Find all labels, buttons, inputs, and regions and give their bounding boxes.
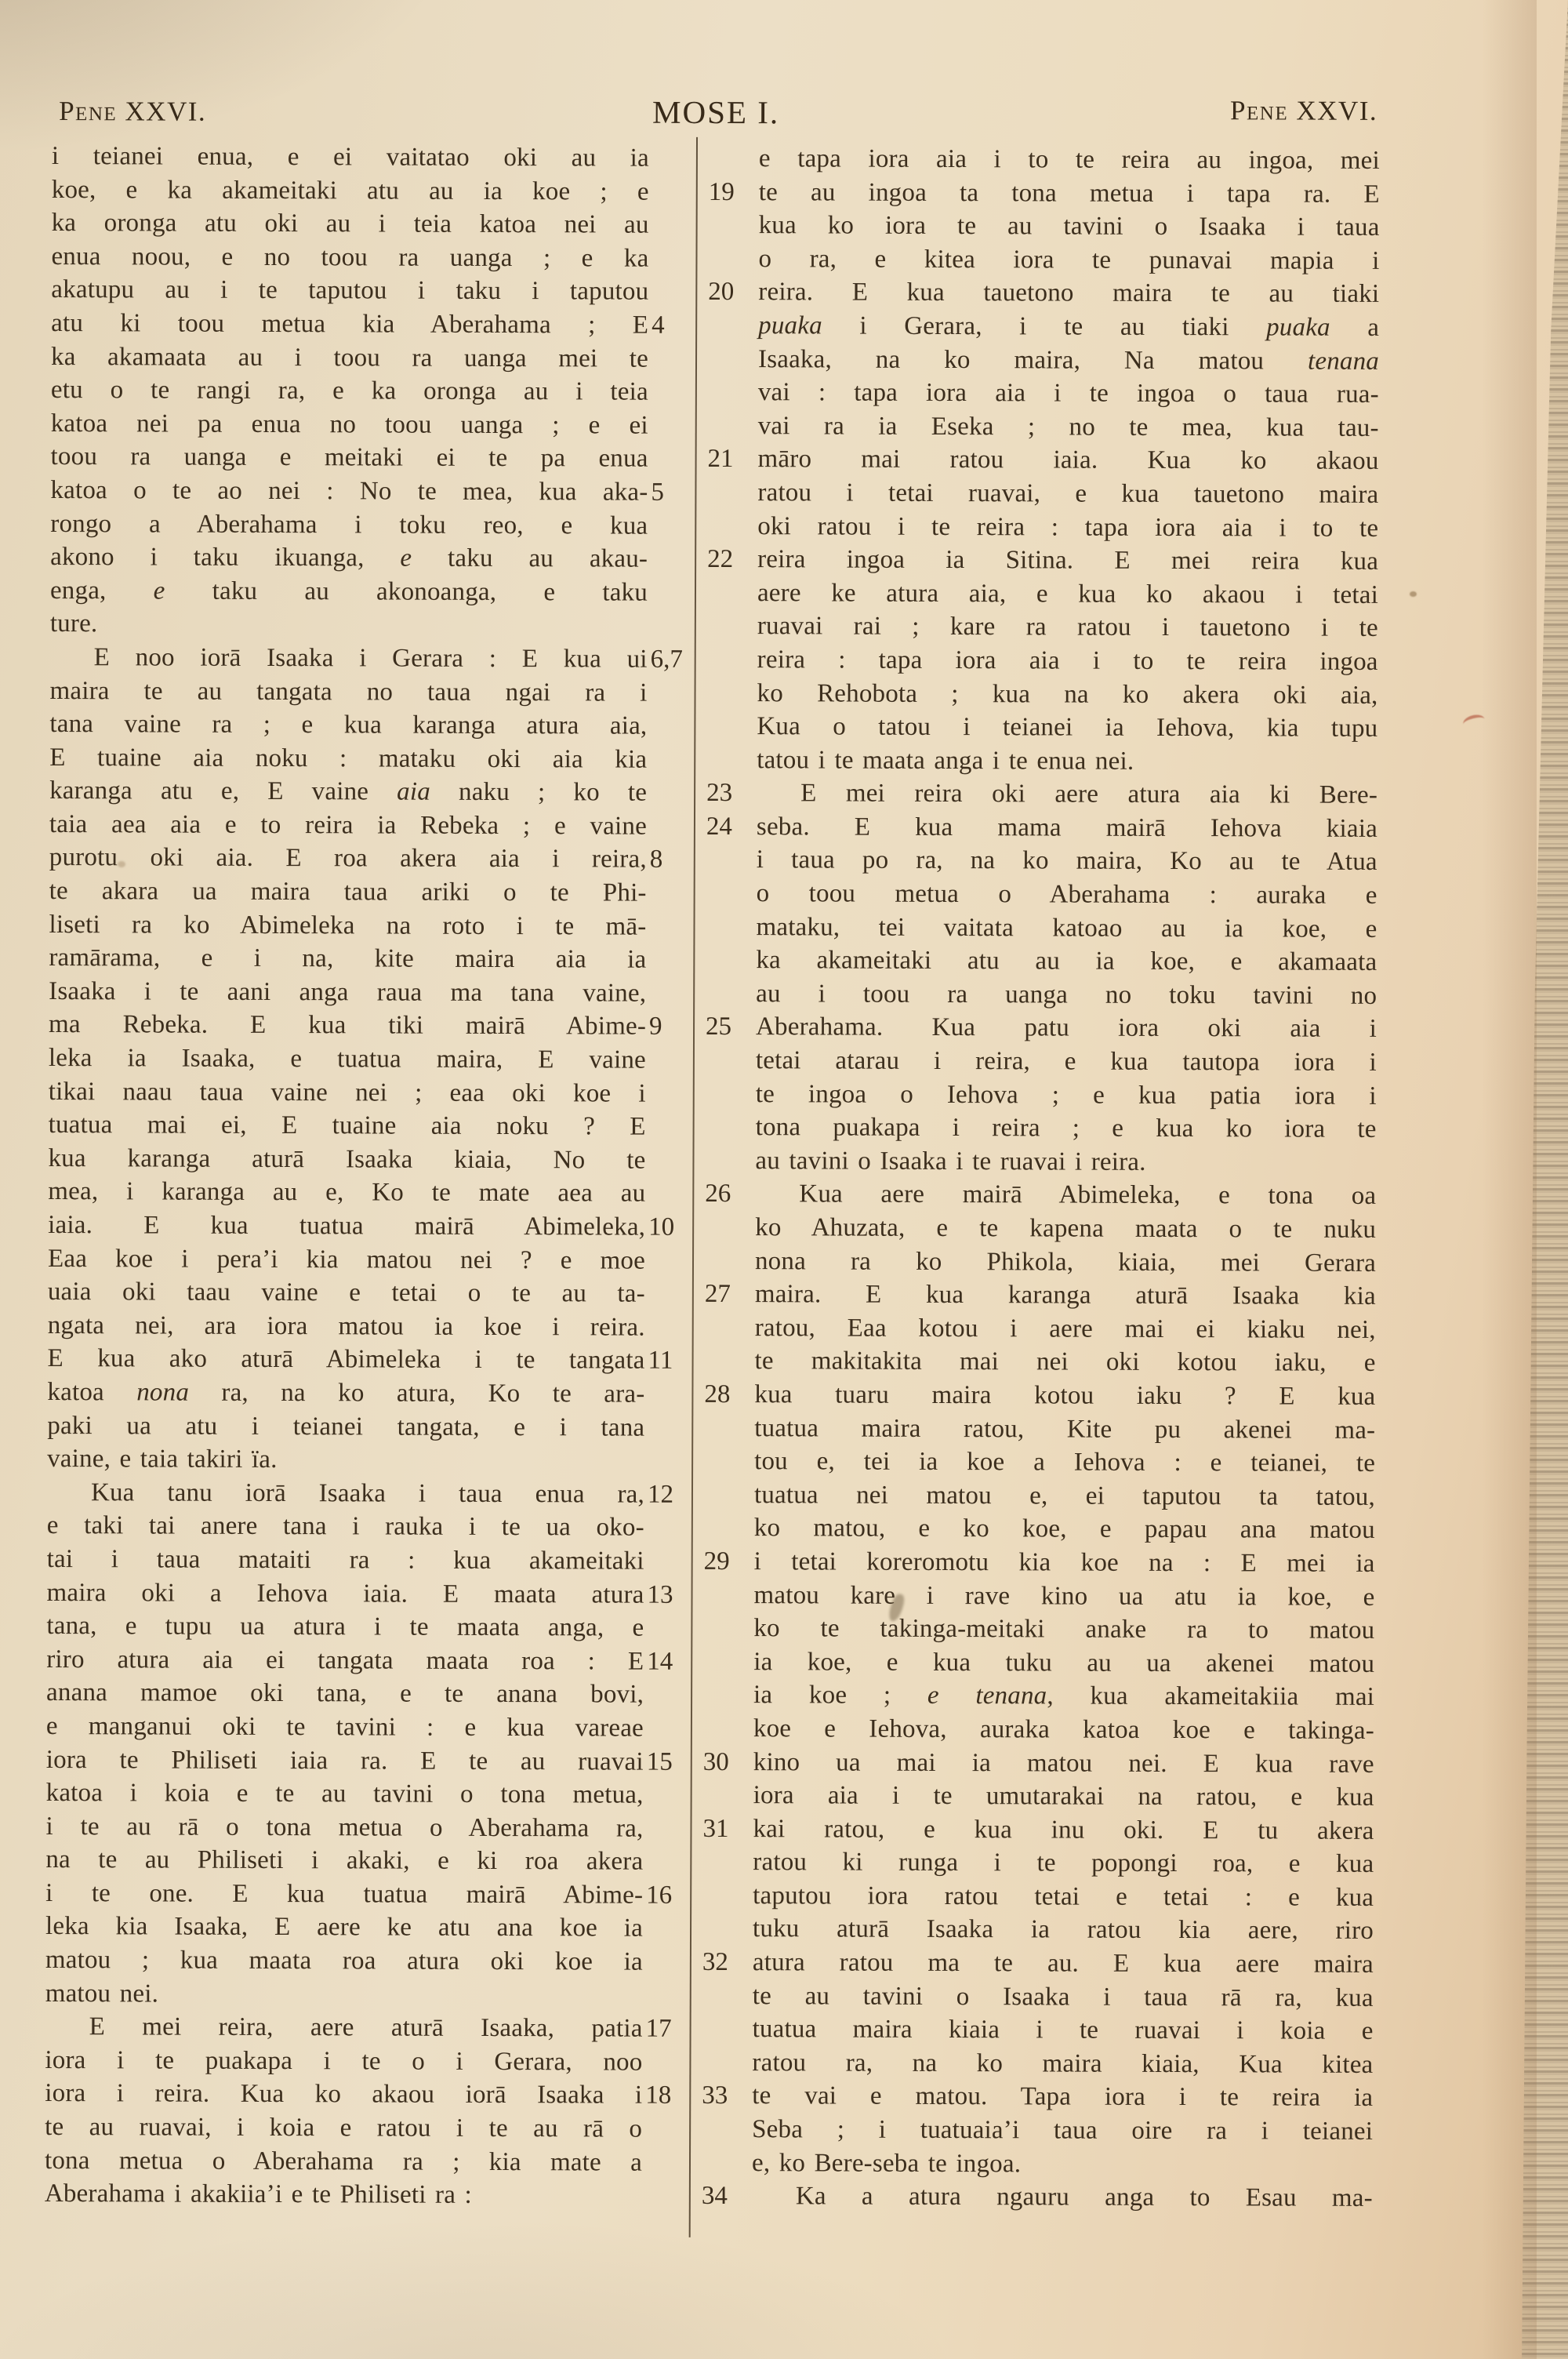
- text-line: maira oki a Iehova iaia. E maata atura13: [46, 1576, 644, 1612]
- text-line: iora i reira. Kua ko akaou iorā Isaaka i…: [45, 2077, 642, 2112]
- text-run: E mei reira oki aere atura aia ki Bere-: [800, 780, 1377, 810]
- text-line: māro mai ratou iaia. Kua ko akaou21: [758, 443, 1379, 478]
- text-run: atu ki toou metua kia Aberahama ; E: [51, 309, 648, 340]
- text-line: liseti ra ko Abimeleka na roto i te mā-: [49, 908, 646, 943]
- text-run: uaia oki taau vaine e tetai o te au ta-: [48, 1278, 645, 1308]
- text-line: Eaa koe i pera’i kia matou nei ? e moe: [48, 1242, 645, 1278]
- verse-number: 9: [649, 1010, 693, 1044]
- text-line: i te au rā o tona metua o Aberahama ra,: [45, 1810, 643, 1845]
- text-run: te akara ua maira taua ariki o te Phi-: [49, 877, 647, 907]
- verse-number: 30: [703, 1745, 750, 1779]
- text-run: koe, e ka akameitaki atu au ia koe ; e: [52, 176, 649, 206]
- text-line: kai ratou, e kua inu oki. E tu akera31: [753, 1812, 1374, 1848]
- text-run: E kua ako aturā Abimeleka i te tangata: [48, 1344, 645, 1375]
- text-run: etu o te rangi ra, e ka oronga au i teia: [51, 376, 648, 406]
- verse-number: 23: [706, 776, 753, 810]
- text-line: mataku, tei vaitata katoao au ia koe, e: [756, 911, 1377, 946]
- text-run: na te au Philiseti i akaki, e ki roa ake…: [45, 1845, 643, 1876]
- text-run: E tuaine aia noku : mataku oki aia kia: [49, 743, 647, 774]
- text-line: matou ; kua maata roa atura oki koe ia: [45, 1943, 643, 1979]
- text-line: Seba ; i tuatuaia’i taua oire ra i teian…: [752, 2113, 1373, 2148]
- text-line: iora te Philiseti iaia ra. E te au ruava…: [46, 1743, 644, 1779]
- text-run: mea, i karanga au e, Ko te mate aea au: [48, 1177, 645, 1208]
- verse-number: 16: [646, 1879, 690, 1913]
- text-line: Aberahama i akakiia’i e te Philiseti ra …: [45, 2177, 642, 2212]
- text-run: kino ua mai ia matou nei. E kua rave: [753, 1748, 1374, 1779]
- text-run: akatupu au i te taputou i taku i taputou: [51, 275, 648, 306]
- text-line: seba. E kua mama mairā Iehova kiaia24: [757, 810, 1377, 845]
- text-run: Isaaka, na ko maira, Na matou: [758, 345, 1308, 375]
- text-line: uaia oki taau vaine e tetai o te au ta-: [48, 1275, 645, 1310]
- text-line: o ra, e kitea iora te punavai mapia i: [758, 242, 1379, 278]
- verse-number: 22: [707, 543, 754, 576]
- text-line: atu ki toou metua kia Aberahama ; E4: [51, 307, 648, 342]
- text-line: tuatua maira ratou, Kite pu akenei ma-: [754, 1412, 1375, 1447]
- text-run: taia aea aia e to reira ia Rebeka ; e va…: [49, 810, 647, 841]
- text-line: ko Ahuzata, e te kapena maata o te nuku: [755, 1211, 1376, 1246]
- text-line: ratou ki runga i te popongi roa, e kua: [753, 1845, 1374, 1881]
- text-run: Eaa koe i pera’i kia matou nei ? e moe: [48, 1245, 645, 1275]
- text-line: i taua po ra, na ko maira, Ko au te Atua: [757, 844, 1377, 879]
- text-run: Aberahama i akakiia’i e te Philiseti ra …: [45, 2179, 472, 2209]
- text-run: E noo iorā Isaaka i Gerara : E kua ui: [94, 643, 648, 673]
- text-line: ka akamaata au i toou ra uanga mei te: [51, 340, 648, 376]
- text-line: tana, e tupu ua atura i te maata anga, e: [46, 1609, 644, 1645]
- verse-number: 5: [651, 476, 695, 510]
- text-line: oki ratou i te reira : tapa iora aia i t…: [757, 510, 1378, 545]
- text-line: ngata nei, ara iora matou ia koe i reira…: [48, 1309, 645, 1344]
- text-run: au tavini o Isaaka i te ruavai i reira.: [755, 1147, 1145, 1176]
- text-line: koe, e ka akameitaki atu au ia koe ; e: [52, 173, 649, 209]
- text-run: taku au akau-: [412, 544, 648, 573]
- text-line: tuatua mai ei, E tuaine aia noku ? E: [49, 1108, 646, 1143]
- verse-number: 25: [706, 1010, 753, 1044]
- text-run: ko matou, e ko koe, e papau ana matou: [754, 1514, 1375, 1545]
- text-run: i te au rā o tona metua o Aberahama ra,: [45, 1812, 643, 1843]
- text-line: ko te takinga-meitaki anake ra to matou: [753, 1612, 1374, 1647]
- text-run: leka kia Isaaka, E aere ke atu ana koe i…: [45, 1912, 643, 1943]
- text-run: e, ko Bere-seba te ingoa.: [752, 2149, 1021, 2178]
- text-line: akono i taku ikuanga, e taku au akau-: [50, 540, 648, 576]
- text-line: vai ra ia Eseka ; no te mea, kua tau-: [758, 409, 1379, 445]
- text-run: purotu oki aia. E roa akera aia i reira,: [49, 843, 647, 874]
- text-line: matou kare i rave kino ua atu ia koe, e: [753, 1579, 1374, 1614]
- verse-number: 31: [702, 1812, 750, 1846]
- text-line: katoa nona ra, na ko atura, Ko te ara-: [47, 1376, 644, 1411]
- text-run: ko Ahuzata, e te kapena maata o te nuku: [755, 1213, 1376, 1244]
- text-run: e manganui oki te tavini : e kua vareae: [46, 1712, 644, 1743]
- text-line: maira te au tangata no taua ngai ra i: [49, 674, 647, 710]
- text-run: kua tuaru maira kotou iaku ? E kua: [754, 1380, 1375, 1411]
- text-run: atura ratou ma te au. E kua aere maira: [753, 1948, 1374, 1979]
- text-line: ramārama, e i na, kite maira aia ia: [49, 941, 646, 976]
- text-run: katoa o te ao nei : No te mea, kua aka-: [50, 476, 648, 507]
- text-run: oki ratou i te reira : tapa iora aia i t…: [757, 512, 1378, 543]
- text-line: na te au Philiseti i akaki, e ki roa ake…: [45, 1843, 643, 1878]
- text-block: Pene XXVI. MOSE I. Pene XXVI. i teianei …: [0, 0, 1568, 2359]
- text-line: ko Rehobota ; kua na ko akera oki aia,: [757, 677, 1377, 712]
- text-line: e taki tai anere tana i rauka i te ua ok…: [47, 1509, 644, 1544]
- text-line: e, ko Bere-seba te ingoa.: [752, 2146, 1373, 2182]
- text-run: a: [1330, 314, 1380, 342]
- text-line: te makitakita mai nei oki kotou iaku, e: [755, 1345, 1376, 1380]
- italic-text: e: [154, 576, 165, 605]
- text-line: e manganui oki te tavini : e kua vareae: [46, 1710, 644, 1745]
- text-run: ratou, Eaa kotou i aere mai ei kiaku nei…: [755, 1314, 1376, 1344]
- text-run: naku ; ko te: [430, 778, 647, 807]
- text-run: vaine, e taia takiri ïa.: [47, 1445, 278, 1474]
- text-run: mataku, tei vaitata katoao au ia koe, e: [756, 913, 1377, 943]
- chapter-header-right: Pene XXVI.: [1230, 95, 1377, 127]
- text-run: tuku aturā Isaaka ia ratou kia aere, rir…: [753, 1915, 1374, 1946]
- text-line: E mei reira oki aere atura aia ki Bere-2…: [757, 776, 1377, 812]
- text-line: Kua o tatou i teianei ia Iehova, kia tup…: [757, 710, 1377, 745]
- text-line: i tetai koreromotu kia koe na : E mei ia…: [754, 1545, 1375, 1580]
- text-run: paki ua atu i teianei tangata, e i tana: [47, 1412, 644, 1442]
- text-line: reira. E kua tauetono maira te au tiaki2…: [758, 276, 1379, 311]
- text-line: iora i te puakapa i te o i Gerara, noo: [45, 2044, 642, 2079]
- text-line: E tuaine aia noku : mataku oki aia kia: [49, 741, 647, 776]
- book-page: Pene XXVI. MOSE I. Pene XXVI. i teianei …: [0, 0, 1568, 2359]
- verse-number: 28: [704, 1378, 751, 1412]
- text-line: aere ke atura aia, e kua ko akaou i teta…: [757, 576, 1378, 612]
- verse-number: 10: [648, 1211, 692, 1245]
- verse-number: 17: [646, 2012, 690, 2046]
- text-run: kua karanga aturā Isaaka kiaia, No te: [48, 1144, 645, 1175]
- text-line: Aberahama. Kua patu iora oki aia i25: [756, 1011, 1377, 1046]
- text-run: ko te takinga-meitaki anake ra to matou: [753, 1614, 1374, 1645]
- text-line: tuatua maira kiaia i te ruavai i koia e: [753, 2012, 1374, 2048]
- text-line: kua tuaru maira kotou iaku ? E kua28: [754, 1378, 1375, 1413]
- text-line: katoa nei pa enua no toou uanga ; e ei: [51, 407, 648, 442]
- text-run: o toou metua o Aberahama : auraka e: [757, 879, 1377, 910]
- text-run: enua noou, e no toou ra uanga ; e ka: [51, 242, 648, 273]
- text-line: katoa o te ao nei : No te mea, kua aka-5: [50, 474, 648, 509]
- text-run: ngata nei, ara iora matou ia koe i reira…: [48, 1311, 645, 1342]
- text-run: ra, na ko atura, Ko te ara-: [189, 1379, 644, 1408]
- text-line: E kua ako aturā Abimeleka i te tangata11: [48, 1342, 645, 1377]
- text-run: tikai naau taua vaine nei ; eaa oki koe …: [49, 1078, 646, 1108]
- text-line: Kua aere mairā Abimeleka, e tona oa26: [755, 1178, 1376, 1213]
- text-line: leka ia Isaaka, e tuatua maira, E vaine: [49, 1041, 646, 1077]
- text-run: , kua akameitakiia mai: [1047, 1682, 1374, 1711]
- verse-number: 12: [648, 1478, 691, 1511]
- text-line: paki ua atu i teianei tangata, e i tana: [47, 1409, 644, 1445]
- text-run: tetai atarau i reira, e kua tautopa iora…: [756, 1046, 1377, 1077]
- text-run: Seba ; i tuatuaia’i taua oire ra i teian…: [752, 2115, 1373, 2146]
- text-run: Aberahama. Kua patu iora oki aia i: [756, 1013, 1377, 1044]
- text-run: iaia. E kua tuatua mairā Abimeleka,: [48, 1211, 645, 1241]
- text-line: ratou, Eaa kotou i aere mai ei kiaku nei…: [755, 1311, 1376, 1347]
- text-run: maira oki a Iehova iaia. E maata atura: [46, 1579, 644, 1609]
- text-run: iora aia i te umutarakai na ratou, e kua: [753, 1781, 1374, 1812]
- text-run: enga,: [50, 576, 154, 605]
- text-run: te au ingoa ta tona metua i tapa ra. E: [759, 178, 1380, 209]
- text-run: ko Rehobota ; kua na ko akera oki aia,: [757, 679, 1377, 710]
- text-line: tuatua nei matou e, ei taputou ta tatou,: [754, 1478, 1375, 1514]
- verse-number: 24: [706, 810, 753, 844]
- text-run: tai i taua mataiti ra : kua akameitaki: [47, 1545, 644, 1576]
- text-line: te au tavini o Isaaka i taua rā ra, kua: [753, 1979, 1374, 2015]
- text-run: o ra, e kitea iora te punavai mapia i: [758, 245, 1379, 275]
- text-line: ka oronga atu oki au i teia katoa nei au: [52, 206, 649, 242]
- text-line: tuku aturā Isaaka ia ratou kia aere, rir…: [753, 1913, 1374, 1948]
- text-run: tona puakapa i reira ; e kua ko iora te: [756, 1113, 1377, 1143]
- text-run: te makitakita mai nei oki kotou iaku, e: [755, 1347, 1376, 1378]
- text-run: i taua po ra, na ko maira, Ko au te Atua: [757, 846, 1377, 877]
- text-run: maira. E kua karanga aturā Isaaka kia: [755, 1280, 1376, 1310]
- text-line: ko matou, e ko koe, e papau ana matou: [754, 1512, 1375, 1547]
- text-run: e taki tai anere tana i rauka i te ua ok…: [47, 1511, 644, 1542]
- text-run: ia koe ;: [753, 1681, 927, 1710]
- italic-text: puaka: [1266, 313, 1330, 341]
- text-line: Kua tanu iorā Isaaka i taua enua ra,12: [47, 1476, 644, 1511]
- verse-number: 8: [650, 843, 694, 877]
- text-run: i te one. E kua tuatua mairā Abime-: [45, 1879, 643, 1910]
- verse-number: 29: [704, 1545, 751, 1579]
- text-run: leka ia Isaaka, e tuatua maira, E vaine: [49, 1044, 646, 1074]
- text-line: au tavini o Isaaka i te ruavai i reira.: [755, 1144, 1376, 1179]
- text-line: taputou iora ratou tetai e tetai : e kua: [753, 1879, 1374, 1914]
- text-line: tana vaine ra ; e kua karanga atura aia,: [49, 707, 647, 743]
- text-line: rongo a Aberahama i toku reo, e kua: [50, 507, 648, 543]
- text-line: mea, i karanga au e, Ko te mate aea au: [48, 1175, 645, 1210]
- book-title-header: MOSE I.: [52, 91, 1380, 133]
- text-run: i tetai koreromotu kia koe na : E mei ia: [754, 1547, 1375, 1578]
- text-line: i teianei enua, e ei vaitatao oki au ia: [52, 140, 649, 175]
- text-run: nona ra ko Phikola, kiaia, mei Gerara: [755, 1247, 1376, 1278]
- verse-number: 21: [708, 442, 755, 476]
- left-column: i teianei enua, e ei vaitatao oki au iak…: [45, 140, 649, 2212]
- text-run: te au ruavai, i koia e ratou i te au rā …: [45, 2113, 642, 2143]
- verse-number: 11: [648, 1344, 692, 1378]
- text-run: e tapa iora aia i to te reira au ingoa, …: [759, 144, 1380, 175]
- text-run: rongo a Aberahama i toku reo, e kua: [50, 510, 648, 540]
- text-line: iora aia i te umutarakai na ratou, e kua: [753, 1779, 1374, 1814]
- text-line: te akara ua maira taua ariki o te Phi-: [49, 874, 647, 910]
- text-line: au i toou ra uanga no toku tavini no: [756, 977, 1377, 1012]
- text-run: tuatua nei matou e, ei taputou ta tatou,: [754, 1481, 1375, 1511]
- text-run: toou ra uanga e meitaki ei te pa enua: [51, 442, 648, 473]
- text-line: ruavai rai ; kare ra ratou i tauetono i …: [757, 609, 1378, 645]
- text-line: purotu oki aia. E roa akera aia i reira,…: [49, 841, 647, 876]
- text-line: etu o te rangi ra, e ka oronga au i teia: [51, 373, 648, 409]
- verse-number: 6,7: [651, 643, 695, 677]
- text-run: māro mai ratou iaia. Kua ko akaou: [758, 445, 1379, 476]
- text-run: taku au akonoanga, e taku: [165, 576, 648, 606]
- text-line: riro atura aia ei tangata maata roa : E1…: [46, 1643, 644, 1678]
- text-run: ma Rebeka. E kua tiki mairā Abime-: [49, 1010, 646, 1041]
- text-run: reira : tapa iora aia i to te reira ingo…: [757, 645, 1378, 676]
- text-line: e tapa iora aia i to te reira au ingoa, …: [759, 142, 1380, 177]
- text-line: vai : tapa iora aia i te ingoa o taua ru…: [758, 376, 1379, 411]
- text-run: Kua aere mairā Abimeleka, e tona oa: [799, 1180, 1376, 1211]
- text-line: kua karanga aturā Isaaka kiaia, No te: [48, 1142, 645, 1177]
- text-run: ratou ki runga i te popongi roa, e kua: [753, 1848, 1374, 1878]
- text-run: riro atura aia ei tangata maata roa : E: [46, 1645, 644, 1676]
- text-run: karanga atu e, E vaine: [49, 776, 397, 806]
- text-run: liseti ra ko Abimeleka na roto i te mā-: [49, 911, 646, 941]
- text-line: puaka i Gerara, i te au tiaki puaka a: [758, 309, 1379, 344]
- text-line: ratou i tetai ruavai, e kua tauetono mai…: [757, 476, 1378, 511]
- text-run: ture.: [50, 609, 98, 638]
- text-line: enga, e taku au akonoanga, e taku: [50, 574, 648, 609]
- verse-number: 34: [702, 2179, 749, 2213]
- italic-text: aia: [397, 778, 430, 806]
- text-run: tatou i te maata anga i te enua nei.: [757, 746, 1134, 776]
- text-run: ratou ra, na ko maira kiaia, Kua kitea: [752, 2048, 1373, 2079]
- text-run: taputou iora ratou tetai e tetai : e kua: [753, 1881, 1374, 1912]
- text-run: kai ratou, e kua inu oki. E tu akera: [753, 1815, 1374, 1845]
- text-line: te au ingoa ta tona metua i tapa ra. E19: [759, 176, 1380, 211]
- italic-text: e: [400, 544, 412, 572]
- text-run: te ingoa o Iehova ; e kua patia iora i: [756, 1080, 1377, 1110]
- text-run: ramārama, e i na, kite maira aia ia: [49, 943, 646, 974]
- text-run: vai : tapa iora aia i te ingoa o taua ru…: [758, 378, 1379, 409]
- text-line: te au ruavai, i koia e ratou i te au rā …: [45, 2110, 642, 2146]
- text-line: tai i taua mataiti ra : kua akameitaki: [47, 1543, 644, 1578]
- text-run: tuatua maira kiaia i te ruavai i koia e: [753, 2015, 1374, 2045]
- text-line: tou e, tei ia koe a Iehova : e teianei, …: [754, 1445, 1375, 1480]
- text-line: katoa i koia e te au tavini o tona metua…: [46, 1776, 644, 1812]
- text-line: Isaaka i te aani anga raua ma tana vaine…: [49, 975, 646, 1010]
- verse-number: 15: [647, 1745, 691, 1779]
- text-run: ka akameitaki atu au ia koe, e akamaata: [756, 946, 1377, 976]
- text-run: vai ra ia Eseka ; no te mea, kua tau-: [758, 412, 1379, 442]
- text-run: reira. E kua tauetono maira te au tiaki: [758, 278, 1379, 309]
- text-run: tuatua mai ei, E tuaine aia noku ? E: [49, 1110, 646, 1141]
- text-run: matou kare i rave kino ua atu ia koe, e: [753, 1581, 1374, 1612]
- running-header: Pene XXVI. MOSE I. Pene XXVI.: [52, 91, 1380, 138]
- text-run: iora i te puakapa i te o i Gerara, noo: [45, 2046, 642, 2077]
- text-run: ruavai rai ; kare ra ratou i tauetono i …: [757, 612, 1378, 642]
- text-run: Ka a atura ngauru anga to Esau ma-: [796, 2183, 1373, 2213]
- text-run: koe e Iehova, auraka katoa koe e takinga…: [753, 1714, 1374, 1745]
- text-run: katoa i koia e te au tavini o tona metua…: [46, 1779, 644, 1809]
- text-line: tetai atarau i reira, e kua tautopa iora…: [756, 1044, 1377, 1079]
- verse-number: 19: [709, 176, 756, 209]
- verse-number: 14: [647, 1645, 691, 1678]
- text-line: E mei reira, aere aturā Isaaka, patia17: [45, 2010, 643, 2045]
- text-run: tona metua o Aberahama ra ; kia mate a: [45, 2146, 642, 2177]
- text-line: Isaaka, na ko maira, Na matou tenana: [758, 343, 1379, 378]
- text-line: ture.: [50, 607, 648, 642]
- text-line: ia koe ; e tenana, kua akameitakiia mai: [753, 1678, 1374, 1714]
- text-run: Kua tanu iorā Isaaka i taua enua ra,: [91, 1478, 644, 1508]
- text-run: Isaaka i te aani anga raua ma tana vaine…: [49, 977, 646, 1008]
- text-line: maira. E kua karanga aturā Isaaka kia27: [755, 1278, 1376, 1313]
- text-line: tatou i te maata anga i te enua nei.: [757, 743, 1377, 779]
- text-line: iaia. E kua tuatua mairā Abimeleka,10: [48, 1209, 645, 1244]
- italic-text: puaka: [758, 311, 822, 340]
- text-run: seba. E kua mama mairā Iehova kiaia: [757, 812, 1377, 843]
- italic-text: e tenana: [927, 1681, 1047, 1710]
- text-line: enua noou, e no toou ra uanga ; e ka: [51, 240, 648, 275]
- text-line: atura ratou ma te au. E kua aere maira32: [753, 1946, 1374, 1981]
- text-line: nona ra ko Phikola, kiaia, mei Gerara: [755, 1245, 1376, 1280]
- text-line: taia aea aia e to reira ia Rebeka ; e va…: [49, 808, 647, 843]
- text-run: maira te au tangata no taua ngai ra i: [49, 677, 647, 707]
- text-run: te au tavini o Isaaka i taua rā ra, kua: [753, 1982, 1374, 2012]
- text-run: anana mamoe oki tana, e te anana bovi,: [46, 1678, 644, 1709]
- text-line: vaine, e taia takiri ïa.: [47, 1442, 644, 1478]
- text-run: akono i taku ikuanga,: [50, 543, 400, 572]
- text-run: i teianei enua, e ei vaitatao oki au ia: [52, 142, 649, 173]
- verse-number: 33: [702, 2079, 749, 2113]
- text-run: ratou i tetai ruavai, e kua tauetono mai…: [757, 478, 1378, 509]
- text-line: Ka a atura ngauru anga to Esau ma-34: [752, 2179, 1373, 2215]
- text-run: matou nei.: [45, 1979, 158, 2008]
- verse-number: 27: [705, 1278, 752, 1311]
- text-line: leka kia Isaaka, E aere ke atu ana koe i…: [45, 1910, 643, 1945]
- text-run: tuatua maira ratou, Kite pu akenei ma-: [754, 1414, 1375, 1445]
- text-run: au i toou ra uanga no toku tavini no: [756, 980, 1377, 1010]
- text-line: i te one. E kua tuatua mairā Abime-16: [45, 1877, 643, 1912]
- text-run: kua ko iora te au tavini o Isaaka i taua: [759, 211, 1380, 242]
- column-divider-rule: [689, 137, 698, 2237]
- text-run: reira ingoa ia Sitina. E mei reira kua: [757, 545, 1378, 576]
- verse-number: 13: [647, 1578, 691, 1612]
- text-run: tana vaine ra ; e kua karanga atura aia,: [49, 710, 647, 740]
- text-run: ka akamaata au i toou ra uanga mei te: [51, 343, 648, 373]
- italic-text: nona: [136, 1378, 189, 1406]
- text-line: ka akameitaki atu au ia koe, e akamaata: [756, 943, 1377, 979]
- text-run: tana, e tupu ua atura i te maata anga, e: [46, 1612, 644, 1642]
- text-line: akatupu au i te taputou i taku i taputou: [51, 273, 648, 308]
- text-run: i Gerara, i te au tiaki: [822, 311, 1266, 341]
- text-run: katoa: [47, 1378, 136, 1406]
- text-line: o toou metua o Aberahama : auraka e: [757, 877, 1377, 912]
- text-run: aere ke atura aia, e kua ko akaou i teta…: [757, 579, 1378, 609]
- text-line: koe e Iehova, auraka katoa koe e takinga…: [753, 1712, 1374, 1747]
- text-line: karanga atu e, E vaine aia naku ; ko te: [49, 774, 647, 809]
- text-run: katoa nei pa enua no toou uanga ; e ei: [51, 409, 648, 440]
- text-line: te ingoa o Iehova ; e kua patia iora i: [756, 1078, 1377, 1113]
- text-line: tikai naau taua vaine nei ; eaa oki koe …: [49, 1075, 646, 1110]
- text-run: tou e, tei ia koe a Iehova : e teianei, …: [754, 1447, 1375, 1478]
- text-run: iora i reira. Kua ko akaou iorā Isaaka i: [45, 2079, 642, 2110]
- verse-number: 18: [645, 2079, 689, 2113]
- text-run: te vai e matou. Tapa iora i te reira ia: [752, 2082, 1373, 2113]
- right-column: e tapa iora aia i to te reira au ingoa, …: [752, 142, 1380, 2215]
- text-line: kua ko iora te au tavini o Isaaka i taua: [759, 209, 1380, 244]
- text-line: matou nei.: [45, 1977, 643, 2012]
- text-line: reira : tapa iora aia i to te reira ingo…: [757, 643, 1378, 678]
- text-run: E mei reira, aere aturā Isaaka, patia: [89, 2012, 643, 2042]
- text-run: matou ; kua maata roa atura oki koe ia: [45, 1946, 643, 1976]
- text-line: ia koe, e kua tuku au ua akenei matou: [753, 1645, 1374, 1681]
- text-line: anana mamoe oki tana, e te anana bovi,: [46, 1676, 644, 1711]
- text-run: Kua o tatou i teianei ia Iehova, kia tup…: [757, 712, 1377, 743]
- text-line: te vai e matou. Tapa iora i te reira ia3…: [752, 2080, 1373, 2115]
- verse-number: 20: [708, 275, 755, 309]
- text-line: kino ua mai ia matou nei. E kua rave30: [753, 1746, 1374, 1781]
- text-line: tona metua o Aberahama ra ; kia mate a: [45, 2144, 642, 2179]
- text-run: iora te Philiseti iaia ra. E te au ruava…: [46, 1746, 644, 1776]
- text-run: ia koe, e kua tuku au ua akenei matou: [753, 1648, 1374, 1678]
- text-line: reira ingoa ia Sitina. E mei reira kua22: [757, 543, 1378, 578]
- text-line: E noo iorā Isaaka i Gerara : E kua ui6,7: [50, 641, 648, 676]
- italic-text: tenana: [1308, 347, 1379, 375]
- verse-number: 26: [705, 1177, 752, 1211]
- verse-number: 32: [702, 1946, 750, 1979]
- text-run: ka oronga atu oki au i teia katoa nei au: [52, 209, 649, 239]
- text-line: ma Rebeka. E kua tiki mairā Abime-9: [49, 1008, 646, 1043]
- text-line: tona puakapa i reira ; e kua ko iora te: [756, 1110, 1377, 1146]
- text-line: ratou ra, na ko maira kiaia, Kua kitea: [752, 2046, 1373, 2081]
- verse-number: 4: [652, 309, 695, 343]
- text-line: toou ra uanga e meitaki ei te pa enua: [51, 440, 648, 475]
